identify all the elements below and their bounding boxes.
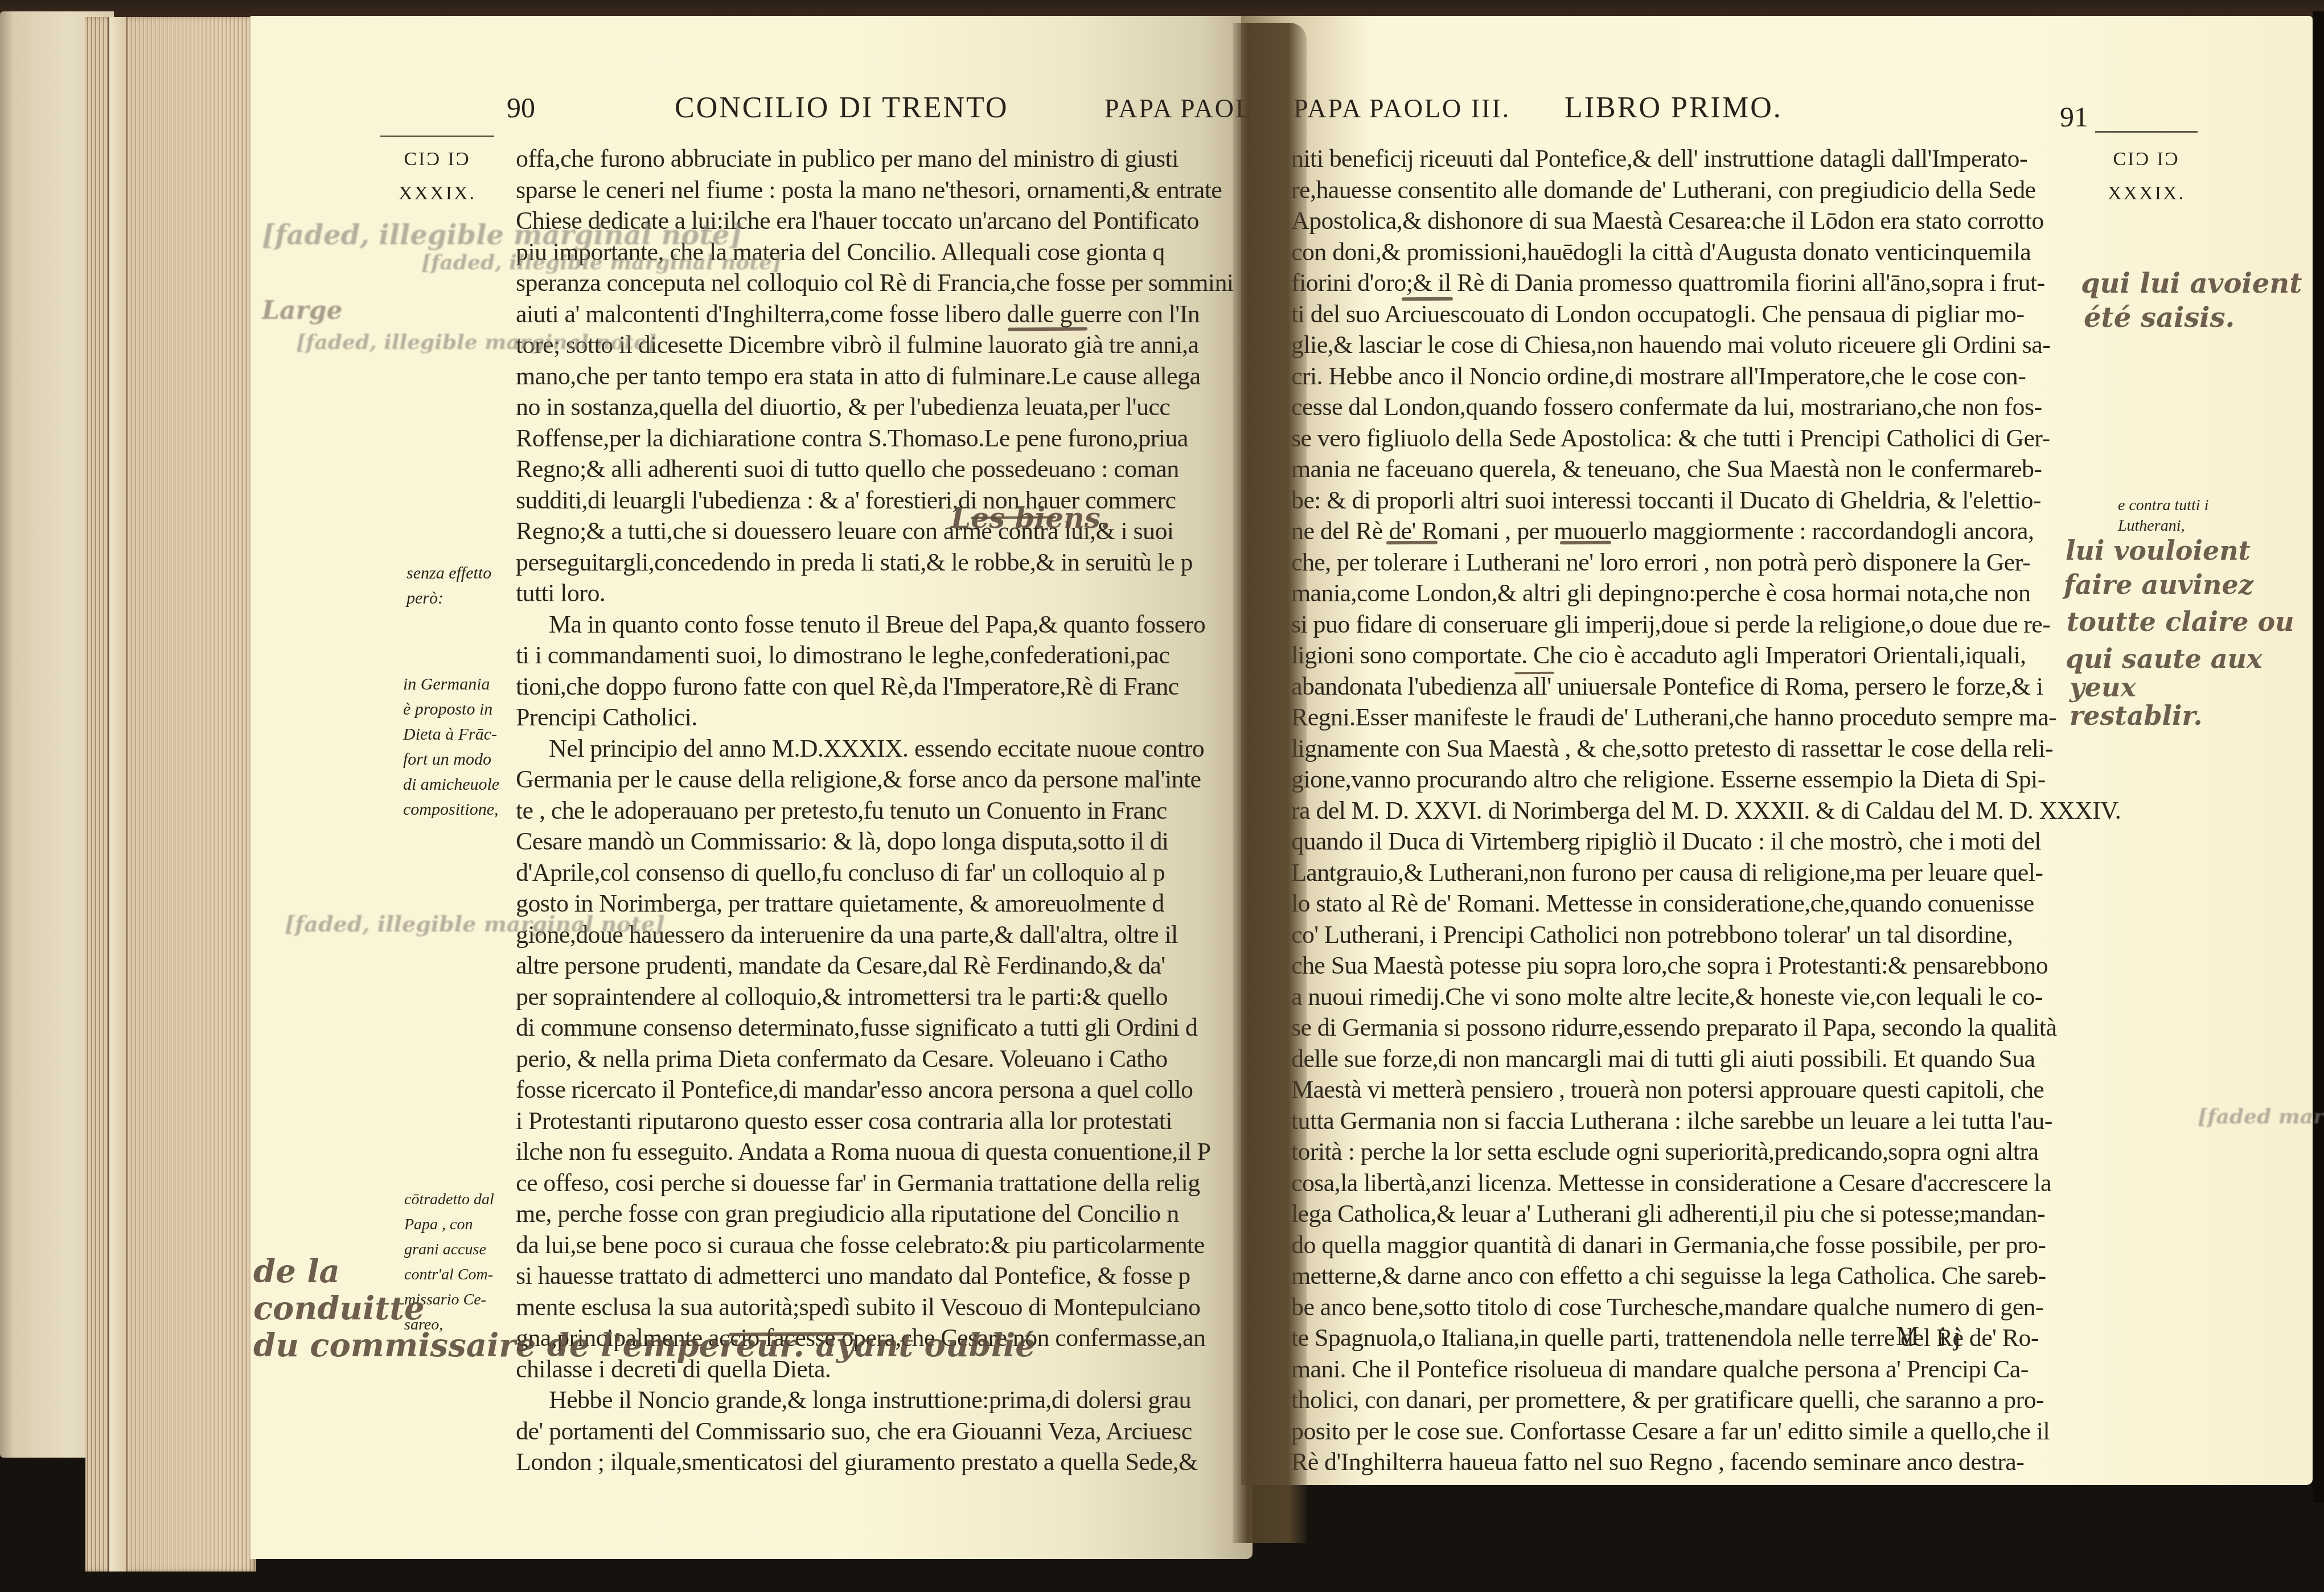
text-line: sudditi,di leuargli l'ubedienza : & a' f… xyxy=(516,485,1250,516)
margin-note-line: cōtradetto dal xyxy=(404,1187,494,1212)
text-line: aiuti a' malcontenti d'Inghilterra,come … xyxy=(516,299,1250,330)
text-line: se di Germania si possono ridurre,essend… xyxy=(1291,1012,2100,1044)
text-line: te , che le adoperauano per pretesto,fu … xyxy=(516,795,1250,827)
handwritten-lui-vouloient: lui vouloient xyxy=(2066,535,2251,566)
text-line: gione,vanno procurando altro che religio… xyxy=(1291,764,2100,795)
underline-occupatogli xyxy=(1402,297,1453,301)
text-line: cri. Hebbe anco il Noncio ordine,di most… xyxy=(1291,361,2100,392)
underline-lauorato xyxy=(1008,327,1087,331)
text-line: re,hauesse consentito alle domande de' L… xyxy=(1291,175,2100,206)
faded-handwriting: [faded marginal note] xyxy=(2198,1105,2324,1129)
text-line: niti beneficij riceuuti dal Pontefice,& … xyxy=(1291,143,2100,175)
gutter-shadow xyxy=(1233,23,1307,1543)
margin-note-line: però: xyxy=(407,586,491,611)
text-line: do quella maggior quantità di danari in … xyxy=(1291,1230,2100,1261)
handwritten-conduitte: conduitte xyxy=(253,1290,425,1327)
margin-note-line: contr'al Com- xyxy=(404,1262,494,1287)
right-page-body: niti beneficij riceuuti dal Pontefice,& … xyxy=(1291,143,2100,1478)
text-line: Maestà vi metterà pensiero , trouerà non… xyxy=(1291,1074,2100,1106)
underline-hormai-nota xyxy=(1560,541,1611,545)
text-line: torità : perche la lor setta esclude ogn… xyxy=(1291,1136,2100,1168)
right-background-edge xyxy=(2313,11,2324,1503)
text-line: delle sue forze,di non mancargli mai di … xyxy=(1291,1044,2100,1075)
text-line: mania ne faceuano querela, & teneuano, c… xyxy=(1291,454,2100,485)
text-line: co' Lutherani, i Prencipi Catholici non … xyxy=(1291,920,2100,951)
faded-handwriting: [faded, illegible marginal note] xyxy=(262,219,742,251)
text-line: glie,& lasciar le cose di Chiesa,non hau… xyxy=(1291,330,2100,361)
text-line: ce offeso, cosi perche si douesse far' i… xyxy=(516,1168,1250,1199)
margin-note-line: Dieta à Frāc- xyxy=(403,722,499,747)
left-year-note: CIϽ IϽ XXXIX. xyxy=(380,142,494,211)
year-note-line2: XXXIX. xyxy=(380,177,494,211)
text-line: ligioni sono comportate. Che cio è accad… xyxy=(1291,640,2100,671)
text-line: altre persone prudenti, mandate da Cesar… xyxy=(516,950,1250,982)
text-line: lignamente con Sua Maestà , & che,sotto … xyxy=(1291,733,2100,765)
text-line: di commune consenso determinato,fusse si… xyxy=(516,1012,1250,1044)
handwritten-yeux: yeux xyxy=(2070,672,2136,703)
text-line: Ma in quanto conto fosse tenuto il Breue… xyxy=(516,609,1250,641)
text-line: con doni,& promissioni,hauēdogli la citt… xyxy=(1291,237,2100,268)
margin-note-line: compositione, xyxy=(403,797,499,822)
text-line: perseguitargli,concedendo in preda li st… xyxy=(516,547,1250,578)
text-line: ra del M. D. XXVI. di Norimberga del M. … xyxy=(1291,795,2100,827)
text-line: posito per le cose sue. Confortasse Cesa… xyxy=(1291,1416,2100,1447)
text-line: i Protestanti riputarono questo esser co… xyxy=(516,1106,1250,1137)
text-line: per sopraintendere al colloquio,& introm… xyxy=(516,982,1250,1013)
text-line: ilche non fu esseguito. Andata a Roma nu… xyxy=(516,1136,1250,1168)
handwritten-faire-auvinez: faire auvinez xyxy=(2064,569,2253,600)
margin-note-line: Papa , con xyxy=(404,1212,494,1237)
margin-note-germania-dieta: in Germaniaè proposto inDieta à Frāc-for… xyxy=(403,672,499,822)
text-line: Lantgrauio,& Lutherani,non furono per ca… xyxy=(1291,857,2100,889)
text-line: tholici, con danari, per promettere, & p… xyxy=(1291,1385,2100,1416)
text-line: lo stato al Rè de' Romani. Mettesse in c… xyxy=(1291,888,2100,920)
right-year-note: CIϽ IϽ XXXIX. xyxy=(2101,142,2192,211)
text-line: cesse dal London,quando fossero conferma… xyxy=(1291,392,2100,423)
text-line: metterne,& darne anco con effetto a chi … xyxy=(1291,1261,2100,1292)
text-line: mente esclusa la sua autorità;spedì subi… xyxy=(516,1292,1250,1323)
text-line: d'Aprile,col consenso di quello,fu concl… xyxy=(516,857,1250,889)
handwritten-qui-lui-avoient: qui lui avoient xyxy=(2081,268,2302,299)
year-note-line1: CIϽ IϽ xyxy=(380,142,494,177)
text-line: Apostolica,& dishonore di sua Maestà Ces… xyxy=(1291,206,2100,237)
margin-note-line: senza effetto xyxy=(407,561,491,586)
text-line: sparse le ceneri nel fiume : posta la ma… xyxy=(516,175,1250,206)
text-line: si hauesse trattato di admetterci uno ma… xyxy=(516,1261,1250,1292)
margin-note-line: fort un modo xyxy=(403,747,499,772)
faded-handwriting-large: Large xyxy=(262,296,342,325)
text-line: che Sua Maestà potesse piu sopra loro,ch… xyxy=(1291,950,2100,982)
text-line: che, per tolerare i Lutherani ne' loro e… xyxy=(1291,547,2100,578)
text-line: si puo fidare di conseruare gli imperij,… xyxy=(1291,609,2100,641)
text-line: fosse ricercato il Pontefice,di mandar'e… xyxy=(516,1074,1250,1106)
left-folio-number: 90 xyxy=(507,91,535,124)
text-line: tutta Germania non si faccia Lutherana :… xyxy=(1291,1106,2100,1137)
text-line: me, perche fosse con gran pregiudicio al… xyxy=(516,1199,1250,1230)
year-note-rule xyxy=(380,136,494,137)
text-line: offa,che furono abbruciate in publico pe… xyxy=(516,143,1250,175)
text-line: ti del suo Arciuescouato di London occup… xyxy=(1291,299,2100,330)
text-line: Hebbe il Noncio grande,& longa instrutti… xyxy=(516,1385,1250,1416)
left-running-head-continued: PAPA PAOL xyxy=(1104,93,1253,124)
margin-note-line: grani accuse xyxy=(404,1237,494,1262)
text-line: perio, & nella prima Dieta confermato da… xyxy=(516,1044,1250,1075)
year-note-line2: XXXIX. xyxy=(2101,177,2192,211)
text-line: da lui,se bene poco si curaua che fosse … xyxy=(516,1230,1250,1261)
underline-rassettar xyxy=(1514,672,1554,674)
text-line: tioni,che doppo furono fatte con quel Rè… xyxy=(516,671,1250,703)
year-note-rule xyxy=(2095,131,2198,133)
text-line: no in sostanza,quella del diuortio, & pe… xyxy=(516,392,1250,423)
signature-mark: M ij xyxy=(1896,1321,1968,1351)
handwritten-qui-saute-aux: qui saute aux xyxy=(2066,643,2262,674)
text-line: abandonata l'ubedienza all' uniuersale P… xyxy=(1291,671,2100,703)
margin-note-senza-effetto: senza effettoperò: xyxy=(407,561,491,611)
margin-note-contra-lutherani: e contra tutti iLutherani, xyxy=(2118,495,2208,536)
text-line: se vero figliuolo della Sede Apostolica:… xyxy=(1291,423,2100,454)
faded-handwriting: [faded, illegible marginal note] xyxy=(421,251,782,274)
text-line: a nuoui rimedij.Che vi sono molte altre … xyxy=(1291,982,2100,1013)
year-note-line1: CIϽ IϽ xyxy=(2101,142,2192,177)
text-line: quando il Duca di Virtemberg ripigliò il… xyxy=(1291,826,2100,857)
text-line: tutti loro. xyxy=(516,578,1250,609)
text-line: Prencipi Catholici. xyxy=(516,702,1250,733)
right-running-head-left: PAPA PAOLO III. xyxy=(1294,93,1510,124)
text-line: Germania per le cause della religione,& … xyxy=(516,764,1250,795)
handwritten-commissaire-note: du commissaire de l'empereur. ayant oubl… xyxy=(253,1327,1036,1364)
text-line: ti i commandamenti suoi, lo dimostrano l… xyxy=(516,640,1250,671)
handwritten-ete-saisis: été saisis. xyxy=(2084,302,2235,334)
faded-handwriting: [faded, illegible marginal note] xyxy=(296,330,656,354)
margin-note-line: di amicheuole xyxy=(403,772,499,797)
margin-note-line: e contra tutti i xyxy=(2118,495,2208,516)
text-line: Regno;& a tutti,che si douessero leuare … xyxy=(516,516,1250,547)
text-line: be anco bene,sotto titolo di cose Turche… xyxy=(1291,1292,2100,1323)
margin-note-line: è proposto in xyxy=(403,697,499,722)
left-running-head: CONCILIO DI TRENTO xyxy=(675,91,1009,125)
text-line: mania,come London,& altri gli depingno:p… xyxy=(1291,578,2100,609)
margin-note-line: in Germania xyxy=(403,672,499,697)
faded-handwriting: [faded, illegible marginal note] xyxy=(285,911,665,937)
text-line: Nel principio del anno M.D.XXXIX. essend… xyxy=(516,733,1250,765)
text-line: Roffense,per la dichiaratione contra S.T… xyxy=(516,423,1250,454)
text-line: mani. Che il Pontefice risolueua di mand… xyxy=(1291,1354,2100,1385)
text-line: cosa,la libertà,anzi licenza. Mettesse i… xyxy=(1291,1168,2100,1199)
text-line: Rè d'Inghilterra haueua fatto nel suo Re… xyxy=(1291,1447,2100,1478)
text-line: Cesare mandò un Commissario: & là, dopo … xyxy=(516,826,1250,857)
underline-gli-depingno xyxy=(1386,541,1438,545)
margin-note-line: Lutherani, xyxy=(2118,516,2208,536)
text-line: be: & di proporli altri suoi interessi t… xyxy=(1291,485,2100,516)
handwritten-restablir: restablir. xyxy=(2070,700,2203,731)
handwritten-toutte-claire: toutte claire ou xyxy=(2067,606,2294,637)
flyleaf-edge xyxy=(108,17,128,1572)
text-line: Regno;& alli adherenti suoi di tutto que… xyxy=(516,454,1250,485)
text-line: mano,che per tanto tempo era stata in at… xyxy=(516,361,1250,392)
text-line: lega Catholica,& leuar a' Lutherani gli … xyxy=(1291,1199,2100,1230)
handwritten-de-la: de la xyxy=(253,1253,340,1290)
text-line: de' portamenti del Commissario suo, che … xyxy=(516,1416,1250,1447)
text-line: te Spagnuola,o Italiana,in quelle parti,… xyxy=(1291,1323,2100,1354)
text-line: Regni.Esser manifeste le fraudi de' Luth… xyxy=(1291,702,2100,733)
right-running-head: LIBRO PRIMO. xyxy=(1565,91,1783,125)
right-folio-number: 91 xyxy=(2060,100,2088,133)
text-line: London ; ilquale,smenticatosi del giuram… xyxy=(516,1447,1250,1478)
text-line: fiorini d'oro;& il Rè di Dania promesso … xyxy=(1291,268,2100,299)
